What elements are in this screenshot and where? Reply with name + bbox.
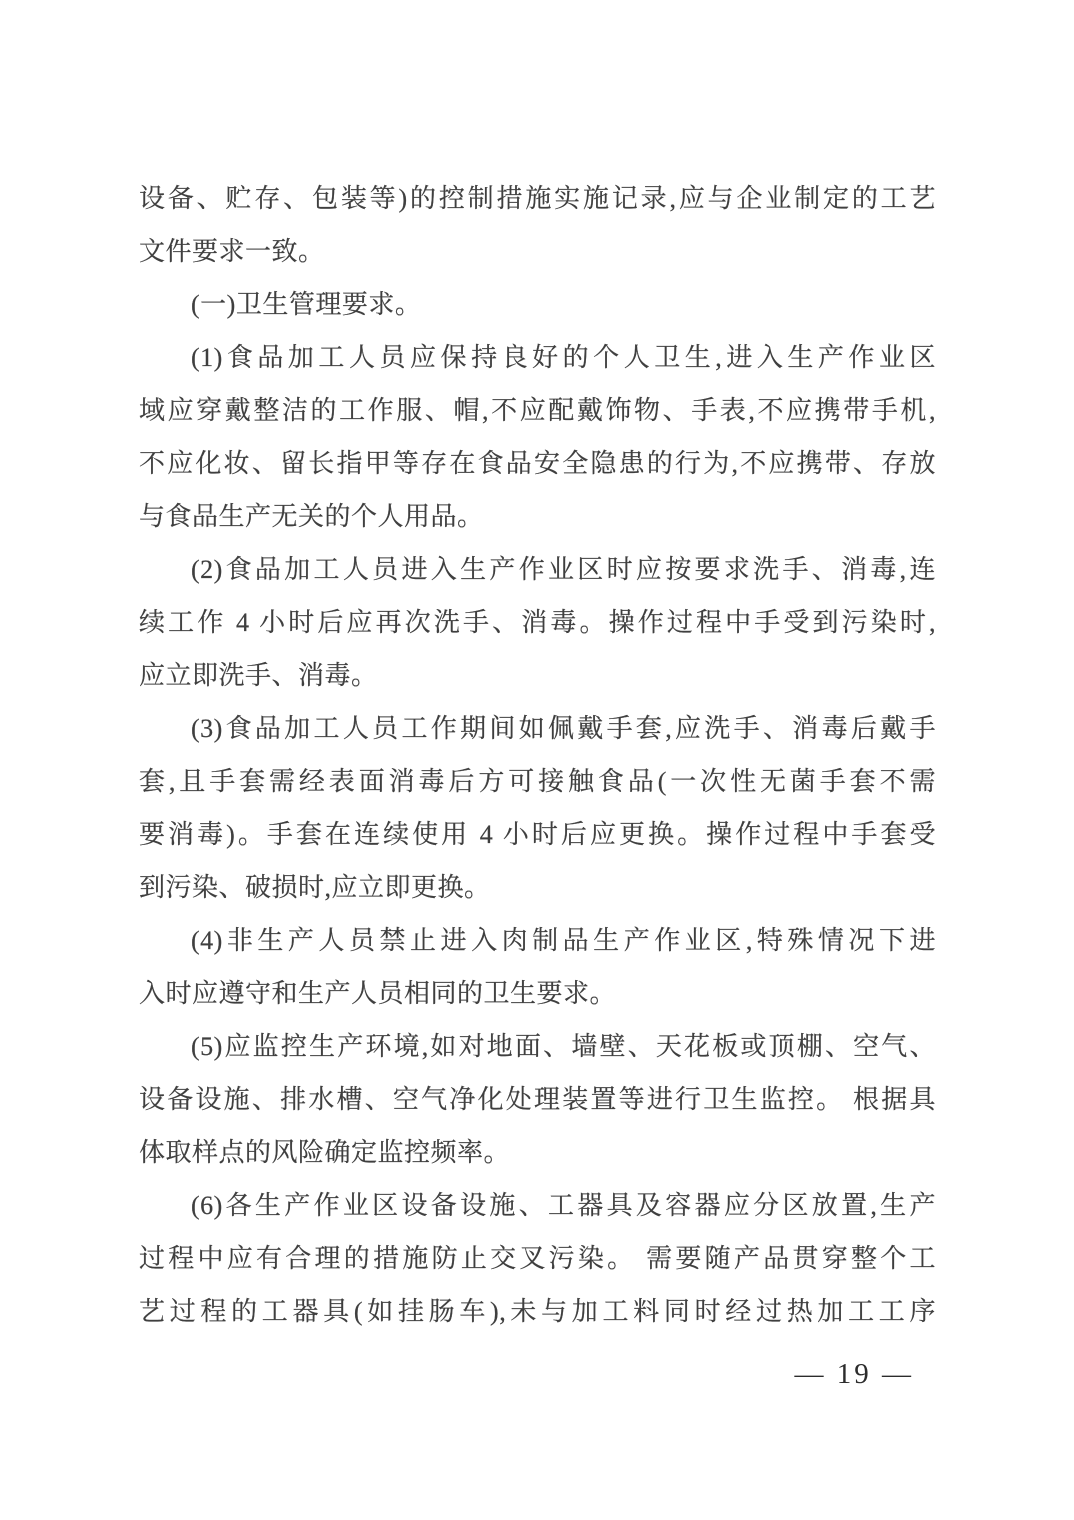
text-line: (4)非生产人员禁止进入肉制品生产作业区,特殊情况下进 [139, 914, 936, 967]
text-line: 应立即洗手、消毒。 [139, 649, 936, 702]
text-line: 域应穿戴整洁的工作服、帽,不应配戴饰物、手表,不应携带手机, [139, 384, 936, 437]
text-line: 不应化妆、留长指甲等存在食品安全隐患的行为,不应携带、存放 [139, 437, 936, 490]
text-line: 入时应遵守和生产人员相同的卫生要求。 [139, 967, 936, 1020]
text-line: (一)卫生管理要求。 [139, 278, 936, 331]
body-text: 设备、贮存、包装等)的控制措施实施记录,应与企业制定的工艺文件要求一致。(一)卫… [139, 172, 936, 1338]
text-line: 体取样点的风险确定监控频率。 [139, 1126, 936, 1179]
text-line: 与食品生产无关的个人用品。 [139, 490, 936, 543]
text-line: 过程中应有合理的措施防止交叉污染。 需要随产品贯穿整个工 [139, 1232, 936, 1285]
text-line: 套,且手套需经表面消毒后方可接触食品(一次性无菌手套不需 [139, 755, 936, 808]
text-line: (1)食品加工人员应保持良好的个人卫生,进入生产作业区 [139, 331, 936, 384]
text-line: 要消毒)。手套在连续使用 4 小时后应更换。操作过程中手套受 [139, 808, 936, 861]
text-line: (5)应监控生产环境,如对地面、墙壁、天花板或顶棚、空气、 [139, 1020, 936, 1073]
text-line: (2)食品加工人员进入生产作业区时应按要求洗手、消毒,连 [139, 543, 936, 596]
text-line: 续工作 4 小时后应再次洗手、消毒。操作过程中手受到污染时, [139, 596, 936, 649]
text-line: 到污染、破损时,应立即更换。 [139, 861, 936, 914]
text-line: 设备设施、排水槽、空气净化处理装置等进行卫生监控。 根据具 [139, 1073, 936, 1126]
text-line: 艺过程的工器具(如挂肠车),未与加工料同时经过热加工工序 [139, 1285, 936, 1338]
text-line: (3)食品加工人员工作期间如佩戴手套,应洗手、消毒后戴手 [139, 702, 936, 755]
document-page: 设备、贮存、包装等)的控制措施实施记录,应与企业制定的工艺文件要求一致。(一)卫… [0, 0, 1074, 1520]
page-number: — 19 — [795, 1358, 915, 1391]
text-line: 文件要求一致。 [139, 225, 936, 278]
text-line: 设备、贮存、包装等)的控制措施实施记录,应与企业制定的工艺 [139, 172, 936, 225]
text-line: (6)各生产作业区设备设施、工器具及容器应分区放置,生产 [139, 1179, 936, 1232]
